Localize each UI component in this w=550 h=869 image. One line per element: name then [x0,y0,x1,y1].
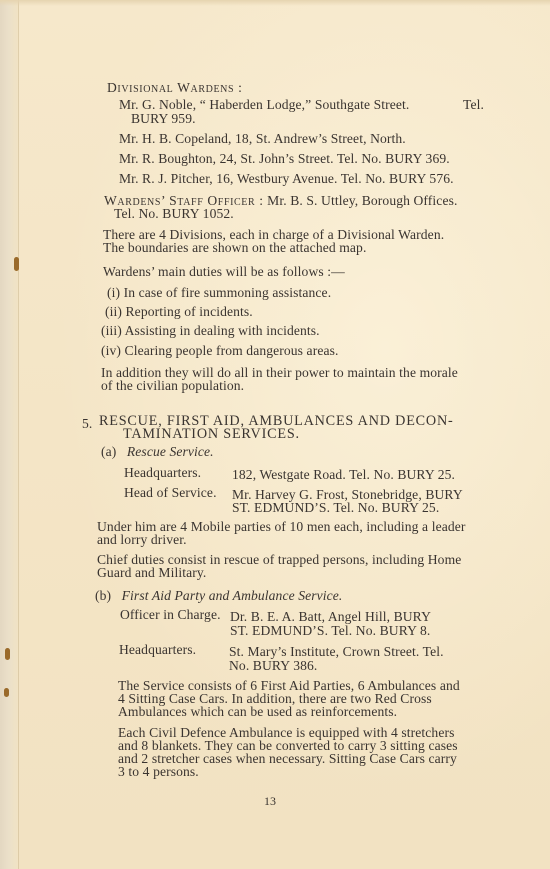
subsection-a-title: Rescue Service. [127,444,214,459]
section-title-line2: TAMINATION SERVICES. [123,427,300,441]
duty-item-number: (ii) [105,304,122,319]
duty-item-text: In case of fire summoning assistance. [124,285,332,300]
first-aid-para2-line4: 3 to 4 persons. [118,765,199,779]
duty-item: (ii) Reporting of incidents. [105,305,253,319]
duties-intro: Wardens’ main duties will be as follows … [103,265,345,279]
rescue-hq-value: 182, Westgate Road. Tel. No. BURY 25. [232,468,455,482]
staff-officer-tel: Tel. No. BURY 1052. [114,207,234,221]
first-aid-hq-key: Headquarters. [119,643,196,657]
subsection-b-title: First Aid Party and Ambulance Service. [122,588,343,603]
duty-item-number: (i) [107,285,120,300]
duty-item-text: Clearing people from dangerous areas. [125,343,339,358]
section-number: 5. [82,417,92,431]
staple-mark-icon [4,688,9,697]
warden-entry-4: Mr. R. J. Pitcher, 16, Westbury Avenue. … [119,172,454,186]
divisional-wardens-heading: Divisional Wardens : [107,81,243,95]
first-aid-hq-value-line1: St. Mary’s Institute, Crown Street. Tel. [229,645,444,659]
first-aid-officer-value-line1: Dr. B. E. A. Batt, Angel Hill, BURY [230,610,431,624]
warden-entry-3: Mr. R. Boughton, 24, St. John’s Street. … [119,152,450,166]
duty-item-text: Reporting of incidents. [126,304,253,319]
duties-addition-line2: of the civilian population. [101,379,244,393]
subsection-a-label: (a) [101,444,116,459]
warden-entry-1: Mr. G. Noble, “ Haberden Lodge,” Southga… [119,98,484,112]
duty-item-text: Assisting in dealing with incidents. [125,323,320,338]
page-number: 13 [264,794,276,809]
duty-item-number: (iii) [101,323,122,338]
warden-entry-1-line2: BURY 959. [131,112,196,126]
page-top-edge [0,0,550,6]
document-page: Divisional Wardens : Mr. G. Noble, “ Hab… [0,0,550,869]
duty-item: (i) In case of fire summoning assistance… [107,286,331,300]
rescue-para1-line2: and lorry driver. [97,533,187,547]
staple-mark-icon [5,648,10,660]
first-aid-officer-key: Officer in Charge. [120,608,221,622]
warden-entry-text: Mr. G. Noble, “ Haberden Lodge,” Southga… [119,98,409,112]
first-aid-para1-line3: Ambulances which can be used as reinforc… [118,705,397,719]
rescue-hq-key: Headquarters. [124,466,201,480]
rescue-para2-line2: Guard and Military. [97,566,206,580]
subsection-a-heading: (a) Rescue Service. [101,445,214,459]
rescue-head-key: Head of Service. [124,486,217,500]
staple-mark-icon [14,257,19,271]
staff-officer-value: Mr. B. S. Uttley, Borough Offices. [267,193,457,208]
warden-entry-tel: Tel. [463,98,484,112]
subsection-b-label: (b) [95,588,111,603]
warden-entry-2: Mr. H. B. Copeland, 18, St. Andrew’s Str… [119,132,406,146]
rescue-head-value-line2: ST. EDMUND’S. Tel. No. BURY 25. [232,501,439,515]
subsection-b-heading: (b) First Aid Party and Ambulance Servic… [95,589,342,603]
binding-fold-line [18,0,19,869]
duty-item: (iv) Clearing people from dangerous area… [101,344,338,358]
divisions-paragraph-line2: The boundaries are shown on the attached… [103,241,366,255]
binding-edge [0,0,18,869]
first-aid-hq-value-line2: No. BURY 386. [229,659,317,673]
first-aid-officer-value-line2: ST. EDMUND’S. Tel. No. BURY 8. [230,624,430,638]
duty-item-number: (iv) [101,343,121,358]
duty-item: (iii) Assisting in dealing with incident… [101,324,320,338]
